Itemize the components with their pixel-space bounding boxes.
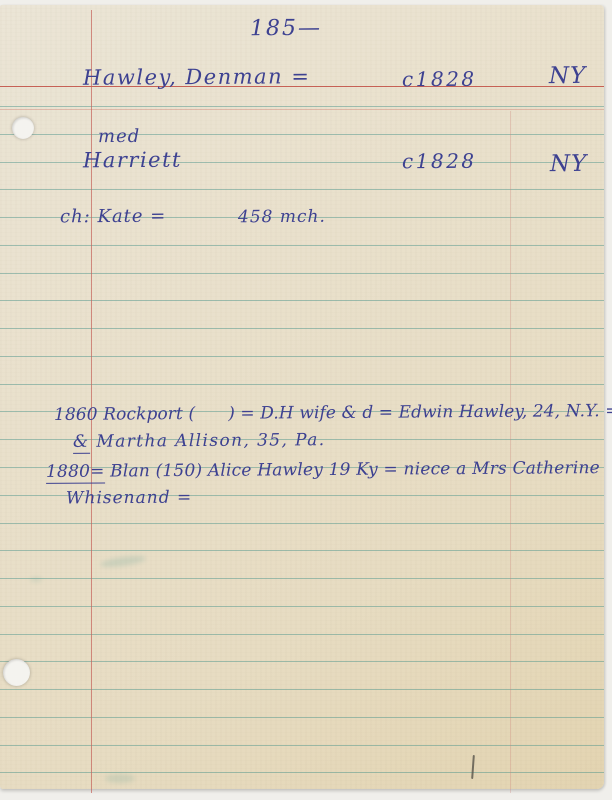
census-1880-line1: 1880= Blan (150) Alice Hawley 19 Ky = ni… [46, 458, 600, 482]
census-1860-line1: 1860 Rockport ( ) = D.H wife & d = Edwin… [54, 401, 612, 425]
children-label: ch: Kate = [60, 206, 166, 228]
head-birthplace: NY [549, 63, 586, 89]
ink-smudge [30, 577, 42, 582]
census-1880-line1-text: Blan (150) Alice Hawley 19 Ky = niece a … [104, 458, 600, 481]
census-1860-line2: & Martha Allison, 35, Pa. [73, 430, 326, 452]
paper-sheet: 185— Hawley, Denman = c1828 NY med Harri… [0, 5, 604, 789]
stray-pen-mark [471, 755, 475, 779]
spouse-name: Harriett [83, 148, 182, 173]
red-margin-vline-left [91, 10, 92, 793]
red-margin-vline-right [510, 111, 511, 793]
census-1880-line2: Whisenand = [66, 488, 192, 509]
married-abbreviation: med [98, 126, 140, 147]
children-reference: 458 mch. [238, 207, 326, 228]
census-1880-year: 1880= [46, 462, 105, 484]
head-name: Hawley, Denman = [83, 64, 311, 90]
spouse-birthplace: NY [550, 151, 587, 177]
spouse-birth-year: c1828 [402, 149, 477, 174]
ink-smudge [105, 774, 135, 783]
census-1860-line2-text: Martha Allison, 35, Pa. [89, 430, 325, 452]
hole-punch-top [12, 117, 34, 139]
hole-punch-bottom [3, 659, 30, 686]
head-birth-year: c1828 [402, 67, 477, 92]
page-number: 185— [250, 16, 322, 42]
census-1860-ampersand: & [73, 432, 90, 454]
scanned-page: 185— Hawley, Denman = c1828 NY med Harri… [0, 0, 612, 800]
ink-smudge [100, 554, 147, 569]
